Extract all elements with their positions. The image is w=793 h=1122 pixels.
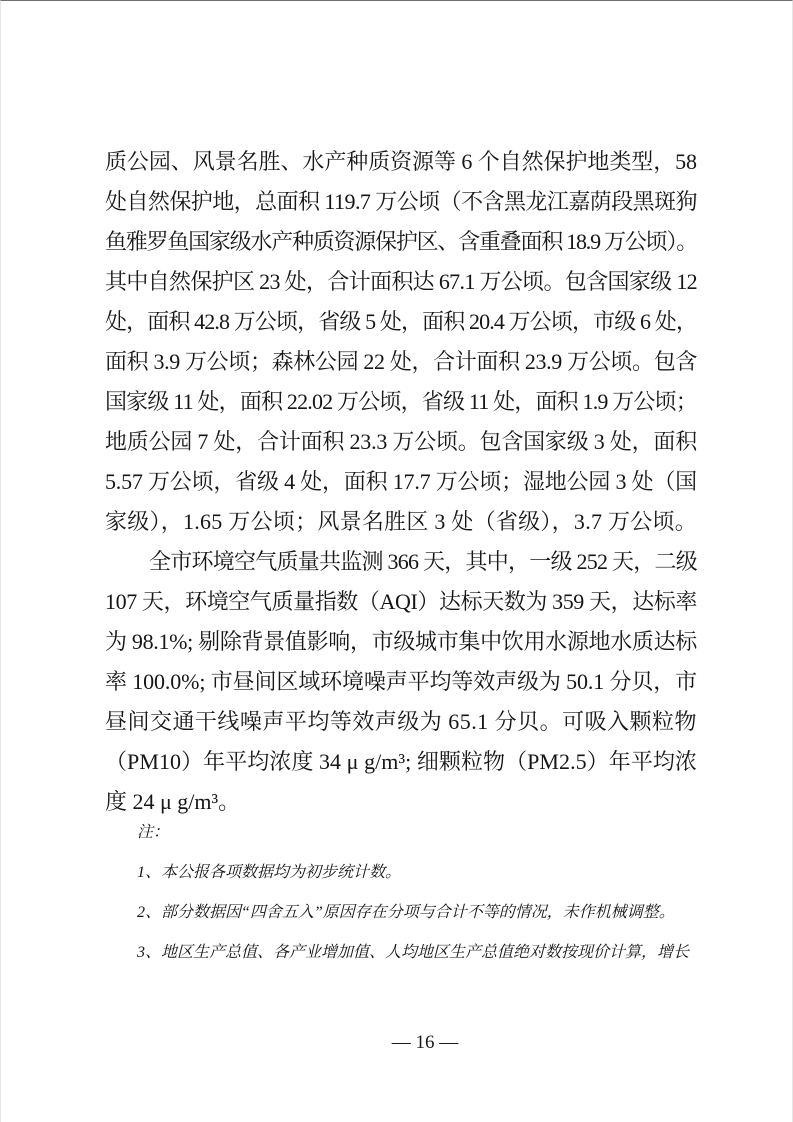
body-line: 全市环境空气质量共监测 366 天，其中，一级 252 天，二级 (105, 542, 697, 582)
body-line: 鱼雅罗鱼国家级水产种质资源保护区、含重叠面积 18.9 万公顷）。 (105, 222, 697, 262)
body-line-text: 5.57 万公顷，省级 4 处，面积 17.7 万公顷；湿地公园 3 处（国 (105, 469, 697, 494)
notes-section: 注： 1、本公报各项数据均为初步统计数。 2、部分数据因“四舍五入”原因存在分项… (105, 813, 697, 973)
body-line-text: 质公园、风景名胜、水产种质资源等 6 个自然保护地类型，58 (105, 149, 697, 174)
body-line-text: 率 100.0%; 市昼间区域环境噪声平均等效声级为 50.1 分贝，市 (105, 669, 697, 694)
body-line: 率 100.0%; 市昼间区域环境噪声平均等效声级为 50.1 分贝，市 (105, 662, 697, 702)
note-item-text: 3、地区生产总值、各产业增加值、人均地区生产总值绝对数按现价计算，增长 (137, 944, 689, 961)
body-line-text: 全市环境空气质量共监测 366 天，其中，一级 252 天，二级 (149, 549, 697, 574)
body-line-text: 度 24 μ g/m³。 (105, 789, 240, 814)
note-item: 2、部分数据因“四舍五入”原因存在分项与合计不等的情况，未作机械调整。 (105, 893, 697, 933)
body-line: 面积 3.9 万公顷；森林公园 22 处，合计面积 23.9 万公顷。包含 (105, 342, 697, 382)
body-line-text: 地质公园 7 处，合计面积 23.3 万公顷。包含国家级 3 处，面积 (105, 429, 697, 454)
body-text-block: 质公园、风景名胜、水产种质资源等 6 个自然保护地类型，58 处自然保护地，总面… (105, 142, 697, 822)
body-line: （PM10）年平均浓度 34 μ g/m³; 细颗粒物（PM2.5）年平均浓 (105, 742, 697, 782)
body-line: 处自然保护地，总面积 119.7 万公顷（不含黑龙江嘉荫段黑斑狗 (105, 182, 697, 222)
body-line: 5.57 万公顷，省级 4 处，面积 17.7 万公顷；湿地公园 3 处（国 (105, 462, 697, 502)
note-item: 1、本公报各项数据均为初步统计数。 (105, 853, 697, 893)
body-line-text: 国家级 11 处，面积 22.02 万公顷，省级 11 处，面积 1.9 万公顷… (105, 389, 697, 414)
body-line: 处，面积 42.8 万公顷，省级 5 处，面积 20.4 万公顷，市级 6 处， (105, 302, 697, 342)
body-line: 地质公园 7 处，合计面积 23.3 万公顷。包含国家级 3 处，面积 (105, 422, 697, 462)
body-line: 昼间交通干线噪声平均等效声级为 65.1 分贝。可吸入颗粒物 (105, 702, 697, 742)
body-line: 为 98.1%; 剔除背景值影响，市级城市集中饮用水源地水质达标 (105, 622, 697, 662)
page-number: — 16 — (392, 1023, 459, 1063)
body-line-text: 107 天，环境空气质量指数（AQI）达标天数为 359 天，达标率 (105, 589, 697, 614)
body-line-text: 处自然保护地，总面积 119.7 万公顷（不含黑龙江嘉荫段黑斑狗 (105, 189, 697, 214)
body-line-text: 面积 3.9 万公顷；森林公园 22 处，合计面积 23.9 万公顷。包含 (105, 349, 697, 374)
body-line-text: 昼间交通干线噪声平均等效声级为 65.1 分贝。可吸入颗粒物 (105, 709, 697, 734)
page-number-text: — 16 — (392, 1032, 459, 1053)
body-line: 家级），1.65 万公顷；风景名胜区 3 处（省级），3.7 万公顷。 (105, 502, 697, 542)
body-line: 其中自然保护区 23 处，合计面积达 67.1 万公顷。包含国家级 12 (105, 262, 697, 302)
body-line: 107 天，环境空气质量指数（AQI）达标天数为 359 天，达标率 (105, 582, 697, 622)
document-page: 质公园、风景名胜、水产种质资源等 6 个自然保护地类型，58 处自然保护地，总面… (0, 0, 793, 1122)
body-line-text: （PM10）年平均浓度 34 μ g/m³; 细颗粒物（PM2.5）年平均浓 (105, 749, 697, 774)
body-line-text: 为 98.1%; 剔除背景值影响，市级城市集中饮用水源地水质达标 (105, 629, 697, 654)
body-line-text: 处，面积 42.8 万公顷，省级 5 处，面积 20.4 万公顷，市级 6 处， (105, 309, 697, 334)
body-line-text: 鱼雅罗鱼国家级水产种质资源保护区、含重叠面积 18.9 万公顷）。 (105, 229, 697, 254)
note-item-text: 2、部分数据因“四舍五入”原因存在分项与合计不等的情况，未作机械调整。 (137, 904, 675, 921)
body-line-text: 家级），1.65 万公顷；风景名胜区 3 处（省级），3.7 万公顷。 (105, 509, 697, 534)
note-label: 注： (105, 813, 697, 853)
body-line-text: 其中自然保护区 23 处，合计面积达 67.1 万公顷。包含国家级 12 (105, 269, 697, 294)
note-label-text: 注： (137, 824, 169, 841)
note-item-text: 1、本公报各项数据均为初步统计数。 (137, 864, 401, 881)
body-line: 质公园、风景名胜、水产种质资源等 6 个自然保护地类型，58 (105, 142, 697, 182)
body-line: 国家级 11 处，面积 22.02 万公顷，省级 11 处，面积 1.9 万公顷… (105, 382, 697, 422)
note-item: 3、地区生产总值、各产业增加值、人均地区生产总值绝对数按现价计算，增长 (105, 933, 697, 973)
